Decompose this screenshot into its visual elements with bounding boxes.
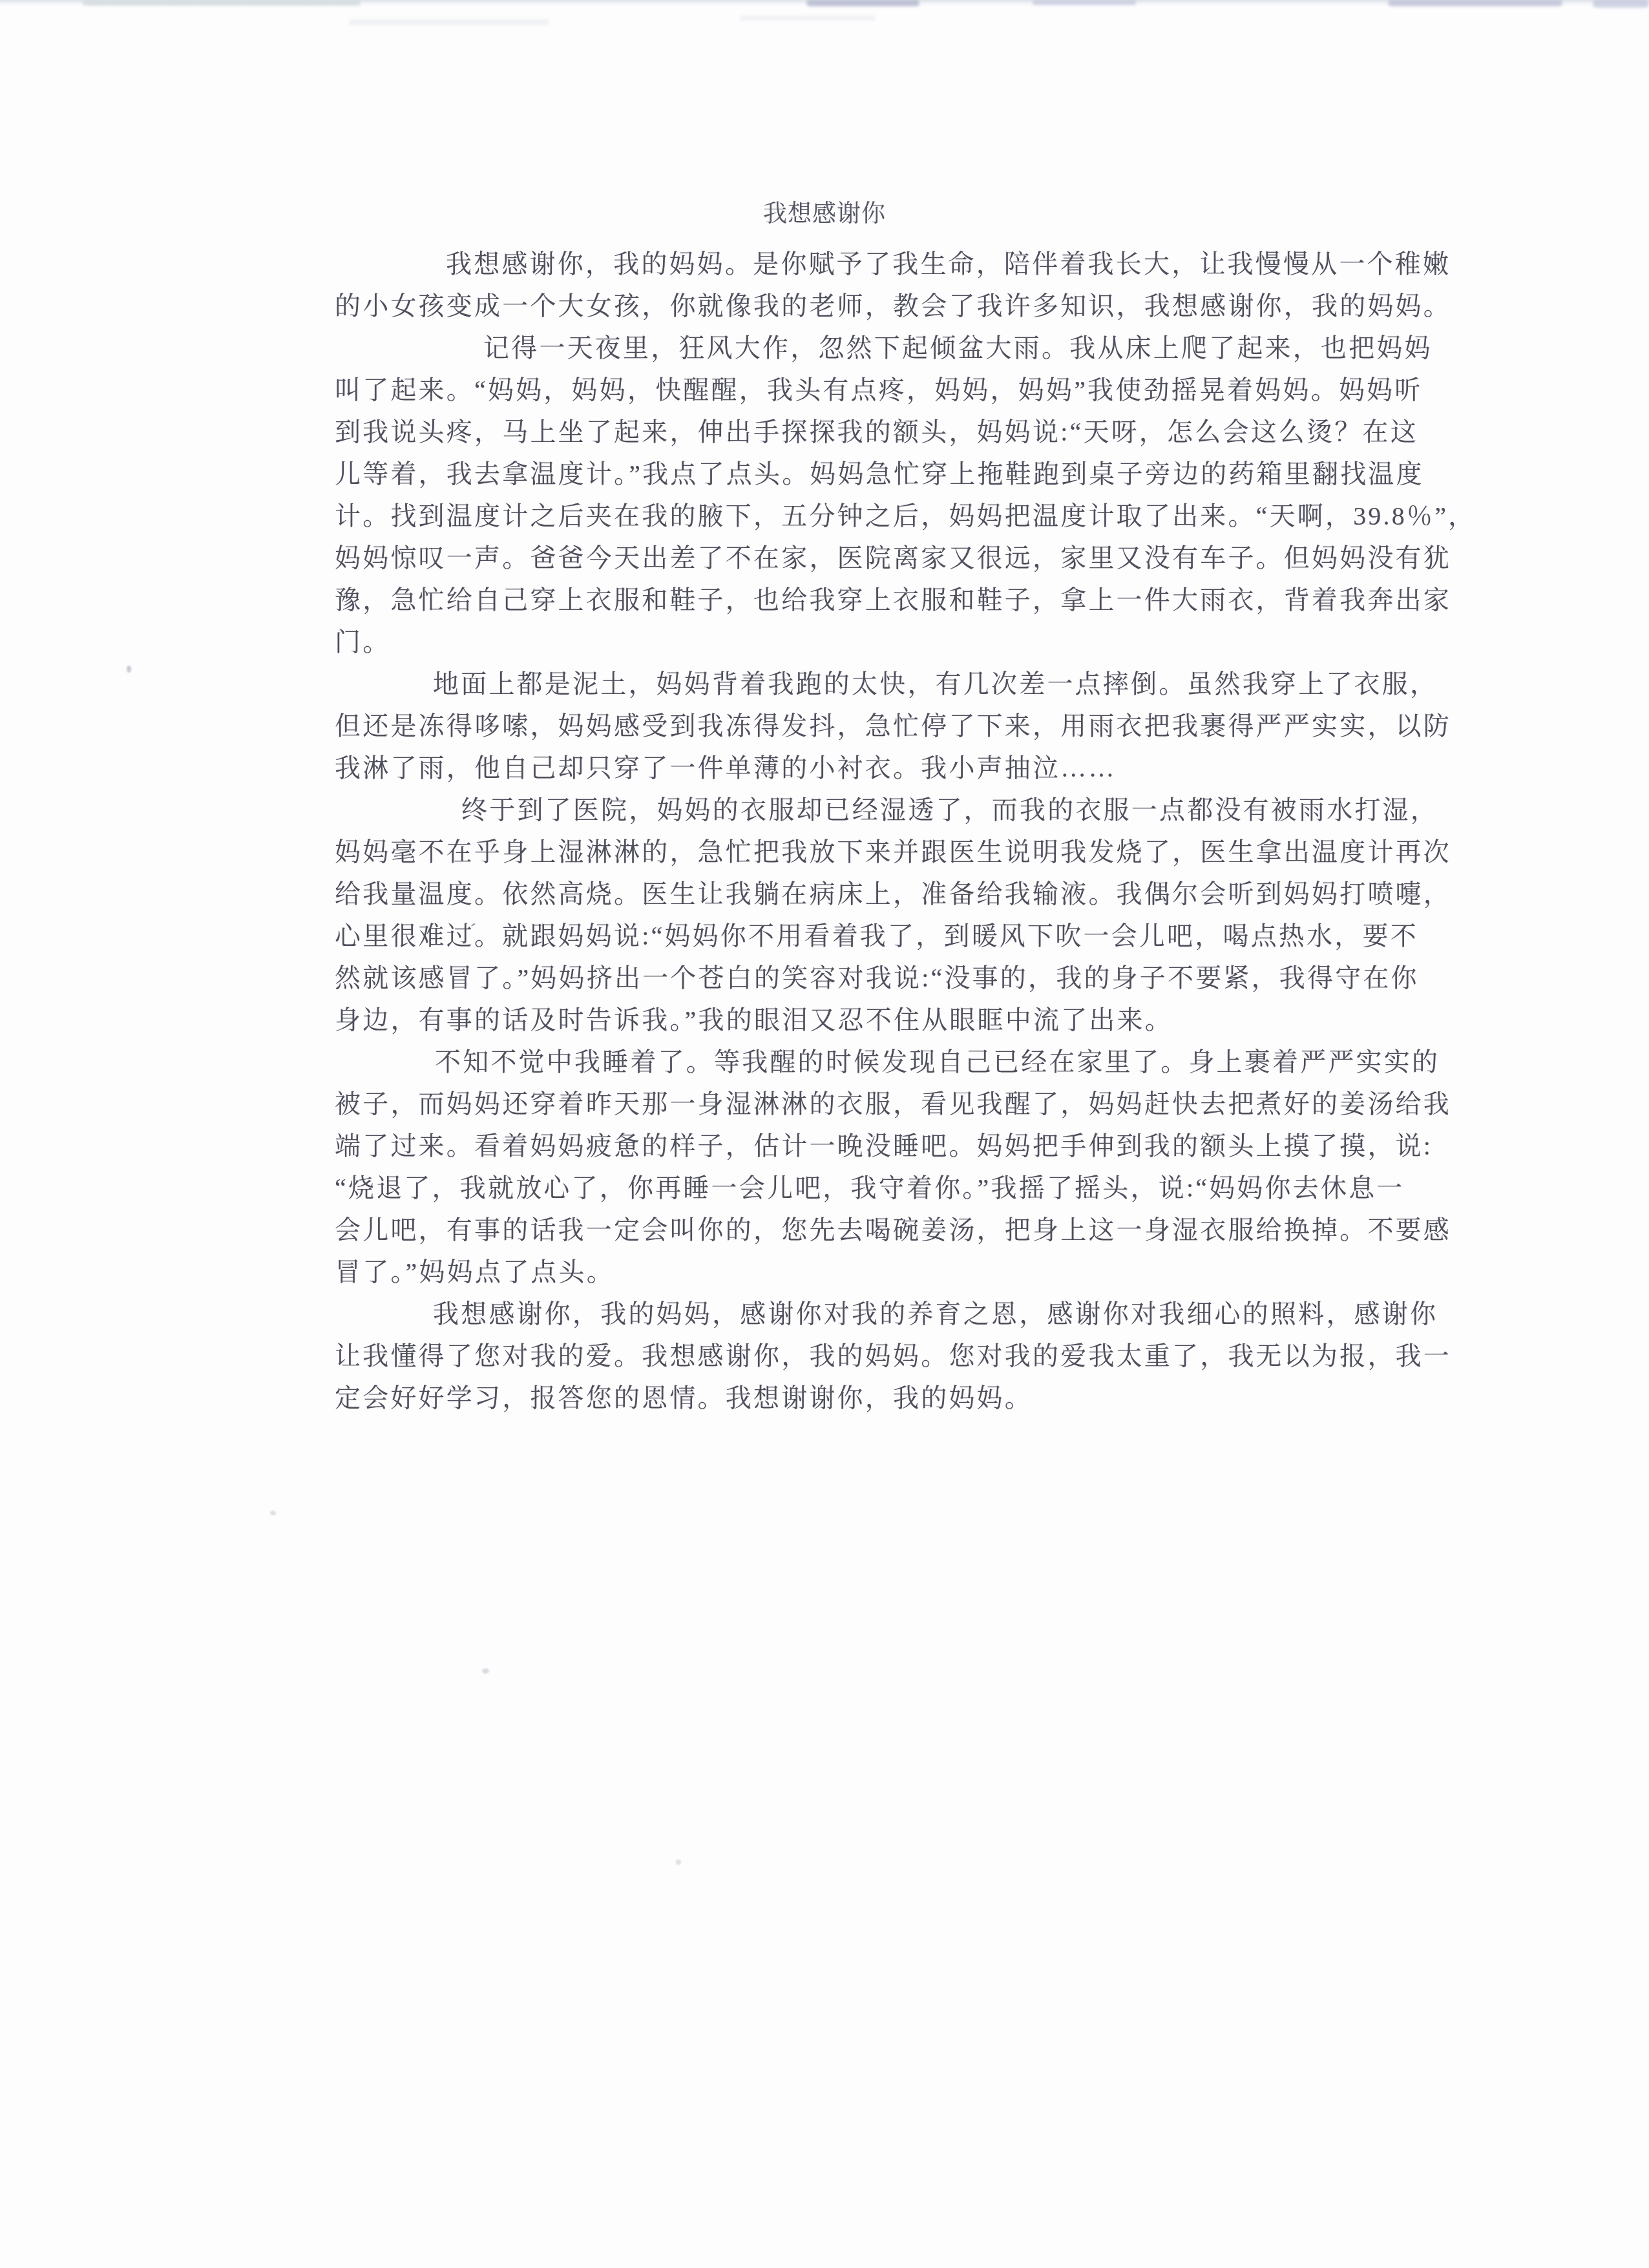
scan-smudge xyxy=(1388,0,1562,6)
text-line: 我淋了雨，他自己却只穿了一件单薄的小衬衣。我小声抽泣…… xyxy=(335,747,1472,789)
text-line: 但还是冻得哆嗦，妈妈感受到我冻得发抖，急忙停了下来，用雨衣把我裹得严严实实，以防 xyxy=(335,705,1472,747)
text-line: 定会好好学习，报答您的恩情。我想谢谢你，我的妈妈。 xyxy=(335,1377,1472,1419)
text-line: 会儿吧，有事的话我一定会叫你的，您先去喝碗姜汤，把身上这一身湿衣服给换掉。不要感 xyxy=(335,1209,1472,1251)
text-line: 然就该感冒了。”妈妈挤出一个苍白的笑容对我说:“没事的，我的身子不要紧，我得守在… xyxy=(335,957,1472,999)
text-line: 的小女孩变成一个大女孩，你就像我的老师，教会了我许多知识，我想感谢你，我的妈妈。 xyxy=(335,285,1472,327)
scan-speck xyxy=(270,1511,276,1515)
scan-smudge xyxy=(806,0,919,6)
scan-smudge xyxy=(1593,0,1649,8)
text-line: 我想感谢你，我的妈妈。是你赋予了我生命，陪伴着我长大，让我慢慢从一个稚嫩 xyxy=(335,243,1472,285)
text-line: 记得一天夜里，狂风大作，忽然下起倾盆大雨。我从床上爬了起来，也把妈妈 xyxy=(335,327,1472,369)
text-line: 儿等着，我去拿温度计。”我点了点头。妈妈急忙穿上拖鞋跑到桌子旁边的药箱里翻找温度 xyxy=(335,453,1472,495)
text-line: 端了过来。看着妈妈疲惫的样子，估计一晚没睡吧。妈妈把手伸到我的额头上摸了摸，说: xyxy=(335,1125,1472,1167)
text-line: 地面上都是泥土，妈妈背着我跑的太快，有几次差一点摔倒。虽然我穿上了衣服， xyxy=(335,663,1472,705)
scan-smudge xyxy=(740,16,876,21)
text-line: 我想感谢你，我的妈妈，感谢你对我的养育之恩，感谢你对我细心的照料，感谢你 xyxy=(335,1293,1472,1335)
text-line: 妈妈毫不在乎身上湿淋淋的，急忙把我放下来并跟医生说明我发烧了，医生拿出温度计再次 xyxy=(335,831,1472,873)
essay-body: 我想感谢你，我的妈妈。是你赋予了我生命，陪伴着我长大，让我慢慢从一个稚嫩的小女孩… xyxy=(335,243,1472,1419)
text-line: 门。 xyxy=(335,621,1472,663)
text-line: 妈妈惊叹一声。爸爸今天出差了不在家，医院离家又很远，家里又没有车子。但妈妈没有犹 xyxy=(335,537,1472,579)
text-line: 不知不觉中我睡着了。等我醒的时候发现自己已经在家里了。身上裹着严严实实的 xyxy=(335,1041,1472,1083)
text-line: 到我说头疼，马上坐了起来，伸出手探探我的额头，妈妈说:“天呀，怎么会这么烫？在这 xyxy=(335,411,1472,453)
text-line: 豫，急忙给自己穿上衣服和鞋子，也给我穿上衣服和鞋子，拿上一件大雨衣，背着我奔出家 xyxy=(335,579,1472,621)
essay-title: 我想感谢你 xyxy=(0,194,1649,229)
text-line: 终于到了医院，妈妈的衣服却已经湿透了，而我的衣服一点都没有被雨水打湿， xyxy=(335,789,1472,831)
scan-speck xyxy=(676,1860,681,1865)
text-line: “烧退了，我就放心了，你再睡一会儿吧，我守着你。”我摇了摇头，说:“妈妈你去休息… xyxy=(335,1167,1472,1209)
text-line: 冒了。”妈妈点了点头。 xyxy=(335,1251,1472,1293)
scanned-page: 我想感谢你 我想感谢你，我的妈妈。是你赋予了我生命，陪伴着我长大，让我慢慢从一个… xyxy=(0,0,1649,2268)
text-line: 心里很难过。就跟妈妈说:“妈妈你不用看着我了，到暖风下吹一会儿吧，喝点热水，要不 xyxy=(335,915,1472,957)
scan-speck xyxy=(482,1668,489,1674)
text-line: 叫了起来。“妈妈，妈妈，快醒醒，我头有点疼，妈妈，妈妈”我使劲摇晃着妈妈。妈妈听 xyxy=(335,369,1472,411)
text-line: 让我懂得了您对我的爱。我想感谢你，我的妈妈。您对我的爱我太重了，我无以为报，我一 xyxy=(335,1335,1472,1377)
text-line: 身边，有事的话及时告诉我。”我的眼泪又忍不住从眼眶中流了出来。 xyxy=(335,999,1472,1041)
scan-speck xyxy=(127,666,131,673)
text-line: 计。找到温度计之后夹在我的腋下，五分钟之后，妈妈把温度计取了出来。“天啊，39.… xyxy=(335,495,1472,537)
scan-smudge xyxy=(349,19,549,25)
text-line: 被子，而妈妈还穿着昨天那一身湿淋淋的衣服，看见我醒了，妈妈赶快去把煮好的姜汤给我 xyxy=(335,1083,1472,1125)
scan-smudge xyxy=(83,1,361,6)
text-line: 给我量温度。依然高烧。医生让我躺在病床上，准备给我输液。我偶尔会听到妈妈打喷嚏， xyxy=(335,873,1472,915)
scan-smudge xyxy=(1033,0,1136,5)
